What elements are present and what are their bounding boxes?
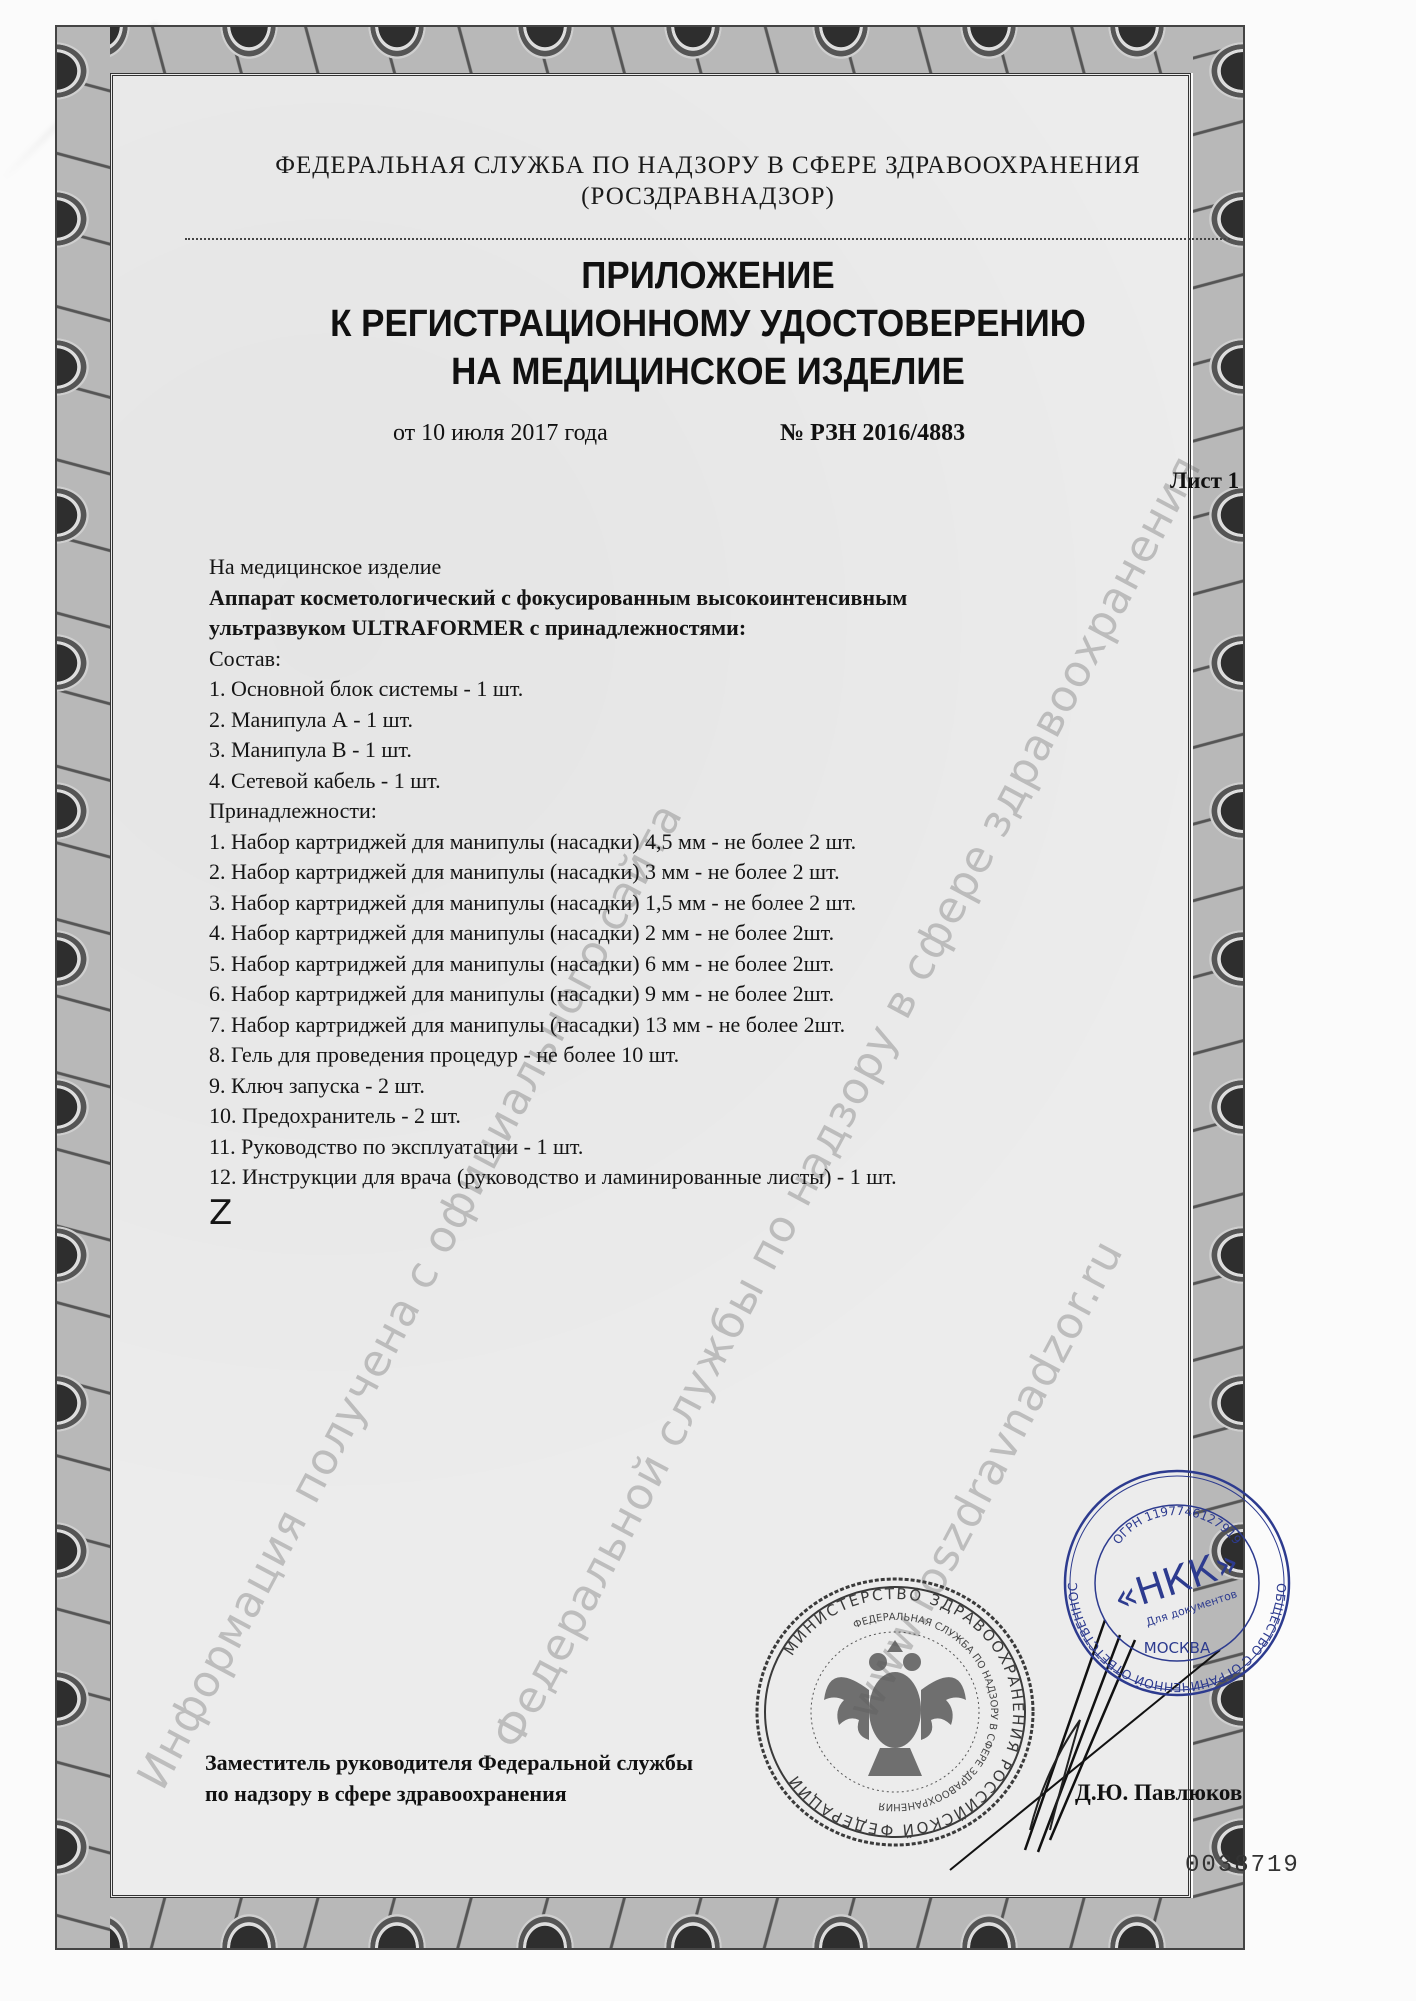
stamp-city: МОСКВА [1144, 1639, 1211, 1657]
list-item: 5. Набор картриджей для манипулы (насадк… [209, 949, 907, 980]
issue-date: от 10 июля 2017 года [393, 420, 608, 447]
position-line: по надзору в сфере здравоохранения [205, 1778, 693, 1809]
registration-number: № РЗН 2016/4883 [780, 420, 965, 447]
serial-number: 0038719 [1185, 1852, 1300, 1879]
list-item: 3. Набор картриджей для манипулы (насадк… [209, 888, 907, 919]
title-line: НА МЕДИЦИНСКОЕ ИЗДЕЛИЕ [57, 348, 1360, 396]
composition-heading: Состав: [209, 644, 907, 675]
accessories-list: 1. Набор картриджей для манипулы (насадк… [209, 827, 907, 1193]
signer-name: Д.Ю. Павлюков [1075, 1780, 1242, 1806]
list-item: 6. Набор картриджей для манипулы (насадк… [209, 979, 907, 1010]
list-item: 9. Ключ запуска - 2 шт. [209, 1071, 907, 1102]
agency-abbreviation: (РОСЗДРАВНАДЗОР) [0, 181, 1416, 212]
list-item: 12. Инструкции для врача (руководство и … [209, 1162, 907, 1193]
list-item: 2. Манипула А - 1 шт. [209, 705, 907, 736]
list-item: 4. Сетевой кабель - 1 шт. [209, 766, 907, 797]
device-name: Аппарат косметологический с фокусированн… [209, 583, 907, 614]
list-item: 1. Набор картриджей для манипулы (насадк… [209, 827, 907, 858]
list-item: 7. Набор картриджей для манипулы (насадк… [209, 1010, 907, 1041]
title-line: ПРИЛОЖЕНИЕ [57, 252, 1360, 300]
sheet-number: Лист 1 [1170, 468, 1239, 494]
list-item: 2. Набор картриджей для манипулы (насадк… [209, 857, 907, 888]
title-line: К РЕГИСТРАЦИОННОМУ УДОСТОВЕРЕНИЮ [57, 300, 1360, 348]
handwritten-mark: Z [209, 1195, 907, 1231]
document-title: ПРИЛОЖЕНИЕ К РЕГИСТРАЦИОННОМУ УДОСТОВЕРЕ… [57, 252, 1360, 396]
list-item: 1. Основной блок системы - 1 шт. [209, 674, 907, 705]
composition-list: 1. Основной блок системы - 1 шт.2. Манип… [209, 674, 907, 796]
list-item: 11. Руководство по эксплуатации - 1 шт. [209, 1132, 907, 1163]
agency-name: ФЕДЕРАЛЬНАЯ СЛУЖБА ПО НАДЗОРУ В СФЕРЕ ЗД… [0, 150, 1416, 181]
agency-header: ФЕДЕРАЛЬНАЯ СЛУЖБА ПО НАДЗОРУ В СФЕРЕ ЗД… [0, 150, 1416, 212]
header-divider [185, 238, 1230, 240]
company-stamp: ОБЩЕСТВО С ОГРАНИЧЕННОЙ ОТВЕТСТВЕННОСТЬЮ… [1055, 1465, 1300, 1700]
position-line: Заместитель руководителя Федеральной слу… [205, 1747, 693, 1778]
list-item: 3. Манипула В - 1 шт. [209, 735, 907, 766]
list-item: 8. Гель для проведения процедур - не бол… [209, 1040, 907, 1071]
accessories-heading: Принадлежности: [209, 796, 907, 827]
document-body: На медицинское изделие Аппарат косметоло… [209, 552, 907, 1231]
intro-text: На медицинское изделие [209, 552, 907, 583]
list-item: 4. Набор картриджей для манипулы (насадк… [209, 918, 907, 949]
signatory-position: Заместитель руководителя Федеральной слу… [205, 1747, 693, 1809]
list-item: 10. Предохранитель - 2 шт. [209, 1101, 907, 1132]
device-name: ультразвуком ULTRAFORMER с принадлежност… [209, 613, 907, 644]
